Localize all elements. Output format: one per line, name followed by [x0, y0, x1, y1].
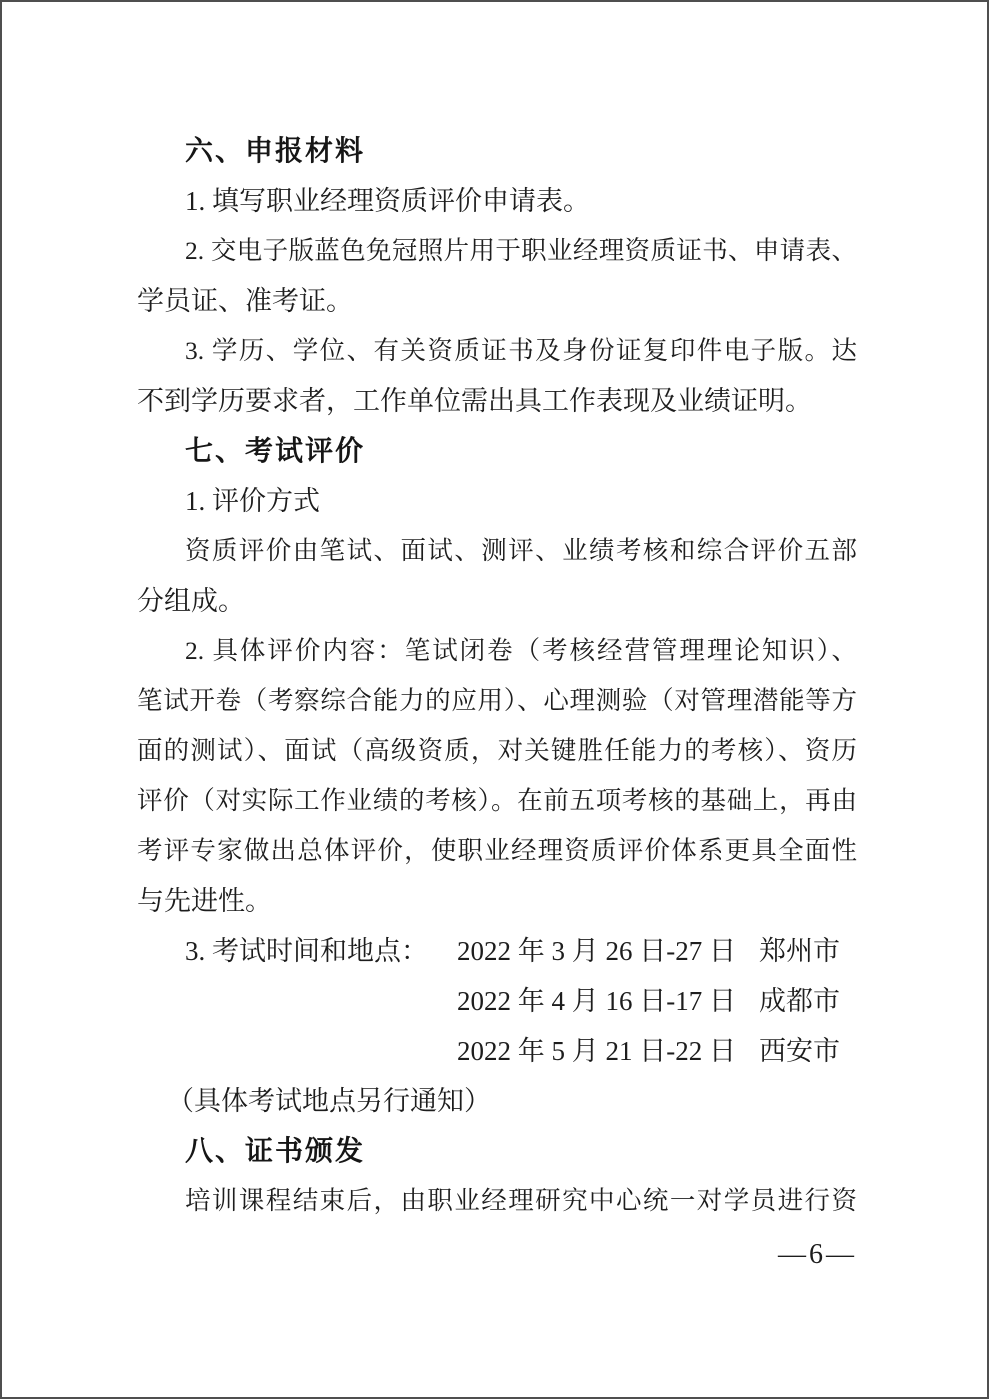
exam-city: 西安市 [759, 1026, 840, 1076]
body-line: 3. 学历、学位、有关资质证书及身份证复印件电子版。达 [137, 326, 857, 376]
body-line: 笔试开卷（考察综合能力的应用）、心理测验（对管理潜能等方 [137, 676, 857, 726]
exam-schedule-row: 3. 考试时间和地点： 2022 年 3 月 26 日-27 日 郑州市 [137, 926, 857, 976]
section-7-heading: 七、考试评价 [137, 426, 857, 476]
exam-city: 成都市 [759, 976, 840, 1026]
exam-schedule-label-spacer [185, 976, 457, 1026]
exam-location-note: （具体考试地点另行通知） [137, 1076, 857, 1126]
body-line: 分组成。 [137, 576, 857, 626]
body-line: 1. 评价方式 [137, 476, 857, 526]
body-line: 考评专家做出总体评价，使职业经理资质评价体系更具全面性 [137, 826, 857, 876]
exam-date: 2022 年 4 月 16 日-17 日 [457, 976, 759, 1026]
body-line: 评价（对实际工作业绩的考核）。在前五项考核的基础上，再由 [137, 776, 857, 826]
body-line: 2. 具体评价内容：笔试闭卷（考核经营管理理论知识）、 [137, 626, 857, 676]
body-line: 2. 交电子版蓝色免冠照片用于职业经理资质证书、申请表、 [137, 226, 857, 276]
body-line: 与先进性。 [137, 876, 857, 926]
body-line: 1. 填写职业经理资质评价申请表。 [137, 176, 857, 226]
document-content: 六、申报材料 1. 填写职业经理资质评价申请表。 2. 交电子版蓝色免冠照片用于… [2, 2, 987, 1226]
section-8-heading: 八、证书颁发 [137, 1126, 857, 1176]
exam-date: 2022 年 3 月 26 日-27 日 [457, 926, 759, 976]
exam-schedule-label: 3. 考试时间和地点： [185, 926, 457, 976]
exam-date: 2022 年 5 月 21 日-22 日 [457, 1026, 759, 1076]
document-page: 六、申报材料 1. 填写职业经理资质评价申请表。 2. 交电子版蓝色免冠照片用于… [0, 0, 989, 1399]
body-line: 不到学历要求者，工作单位需出具工作表现及业绩证明。 [137, 376, 857, 426]
body-line: 培训课程结束后，由职业经理研究中心统一对学员进行资 [137, 1176, 857, 1226]
exam-schedule-label-spacer [185, 1026, 457, 1076]
section-6-heading: 六、申报材料 [137, 126, 857, 176]
exam-schedule-row: 2022 年 5 月 21 日-22 日 西安市 [137, 1026, 857, 1076]
exam-schedule-row: 2022 年 4 月 16 日-17 日 成都市 [137, 976, 857, 1026]
exam-city: 郑州市 [759, 926, 840, 976]
page-number: —6— [778, 1230, 857, 1280]
body-line: 资质评价由笔试、面试、测评、业绩考核和综合评价五部 [137, 526, 857, 576]
body-line: 面的测试）、面试（高级资质，对关键胜任能力的考核）、资历 [137, 726, 857, 776]
body-line: 学员证、准考证。 [137, 276, 857, 326]
